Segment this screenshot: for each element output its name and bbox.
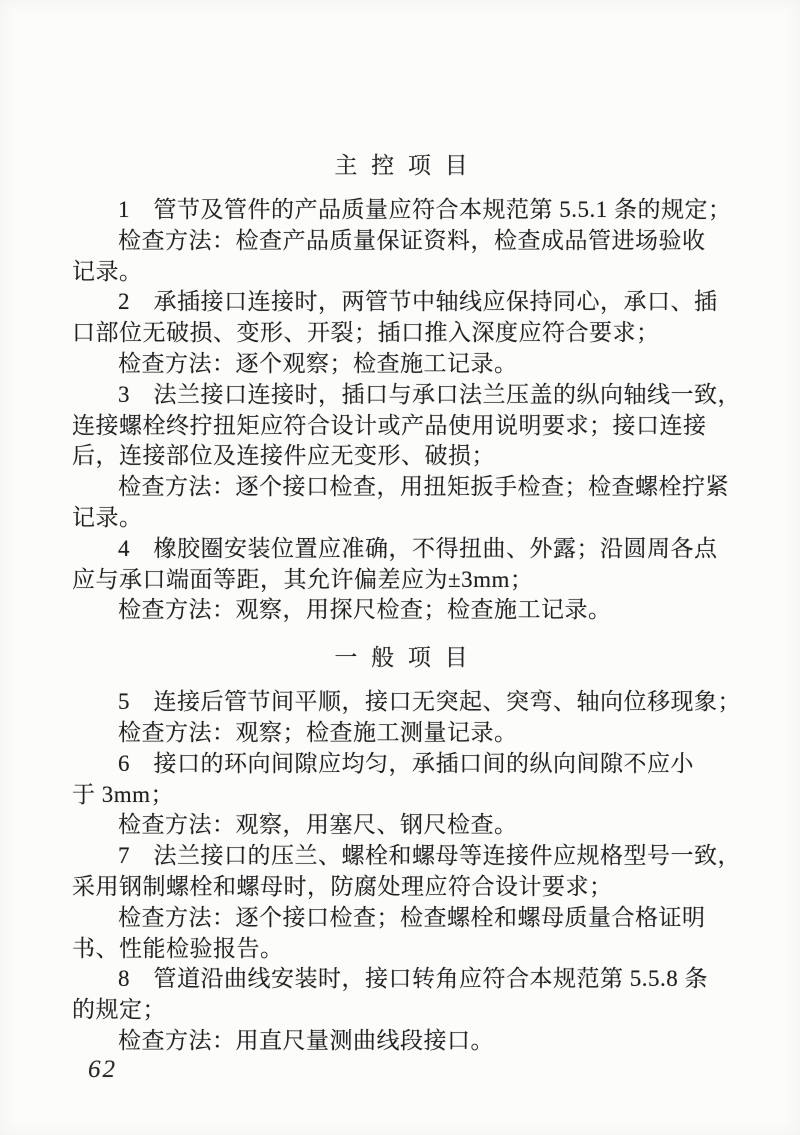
- text-line: 的规定；: [72, 995, 734, 1026]
- text-line: 记录。: [72, 503, 734, 534]
- section-heading: 一 般 项 目: [72, 642, 734, 673]
- text-line: 2 承插接口连接时，两管节中轴线应保持同心，承口、插: [72, 287, 734, 318]
- text-line: 检查方法：检查产品质量保证资料，检查成品管进场验收: [72, 226, 734, 257]
- section: 主 控 项 目1 管节及管件的产品质量应符合本规范第 5.5.1 条的规定；检查…: [72, 150, 734, 626]
- text-line: 7 法兰接口的压兰、螺栓和螺母等连接件应规格型号一致，: [72, 841, 734, 872]
- text-line: 检查方法：观察；检查施工测量记录。: [72, 718, 734, 749]
- text-line: 后，连接部位及连接件应无变形、破损；: [72, 441, 734, 472]
- text-line: 记录。: [72, 257, 734, 288]
- section: 一 般 项 目5 连接后管节间平顺，接口无突起、突弯、轴向位移现象；检查方法：观…: [72, 642, 734, 1057]
- text-line: 5 连接后管节间平顺，接口无突起、突弯、轴向位移现象；: [72, 687, 734, 718]
- text-line: 检查方法：逐个接口检查，用扭矩扳手检查；检查螺栓拧紧: [72, 472, 734, 503]
- text-line: 8 管道沿曲线安装时，接口转角应符合本规范第 5.5.8 条: [72, 964, 734, 995]
- text-line: 应与承口端面等距，其允许偏差应为±3mm；: [72, 565, 734, 596]
- text-line: 书、性能检验报告。: [72, 934, 734, 965]
- text-line: 3 法兰接口连接时，插口与承口法兰压盖的纵向轴线一致，: [72, 380, 734, 411]
- text-line: 4 橡胶圈安装位置应准确，不得扭曲、外露；沿圆周各点: [72, 534, 734, 565]
- text-line: 采用钢制螺栓和螺母时，防腐处理应符合设计要求；: [72, 872, 734, 903]
- text-line: 检查方法：观察，用塞尺、钢尺检查。: [72, 810, 734, 841]
- text-line: 检查方法：用直尺量测曲线段接口。: [72, 1026, 734, 1057]
- text-line: 6 接口的环向间隙应均匀，承插口间的纵向间隙不应小: [72, 749, 734, 780]
- text-line: 于 3mm；: [72, 780, 734, 811]
- text-line: 检查方法：逐个观察；检查施工记录。: [72, 349, 734, 380]
- text-line: 检查方法：观察，用探尺检查；检查施工记录。: [72, 595, 734, 626]
- page-number: 62: [88, 1056, 117, 1084]
- text-line: 连接螺栓终拧扭矩应符合设计或产品使用说明要求；接口连接: [72, 411, 734, 442]
- section-heading: 主 控 项 目: [72, 150, 734, 181]
- text-line: 检查方法：逐个接口检查；检查螺栓和螺母质量合格证明: [72, 903, 734, 934]
- text-line: 1 管节及管件的产品质量应符合本规范第 5.5.1 条的规定；: [72, 195, 734, 226]
- text-column: 主 控 项 目1 管节及管件的产品质量应符合本规范第 5.5.1 条的规定；检查…: [72, 150, 734, 1057]
- text-line: 口部位无破损、变形、开裂；插口推入深度应符合要求；: [72, 318, 734, 349]
- scanned-document-page: 主 控 项 目1 管节及管件的产品质量应符合本规范第 5.5.1 条的规定；检查…: [0, 0, 800, 1135]
